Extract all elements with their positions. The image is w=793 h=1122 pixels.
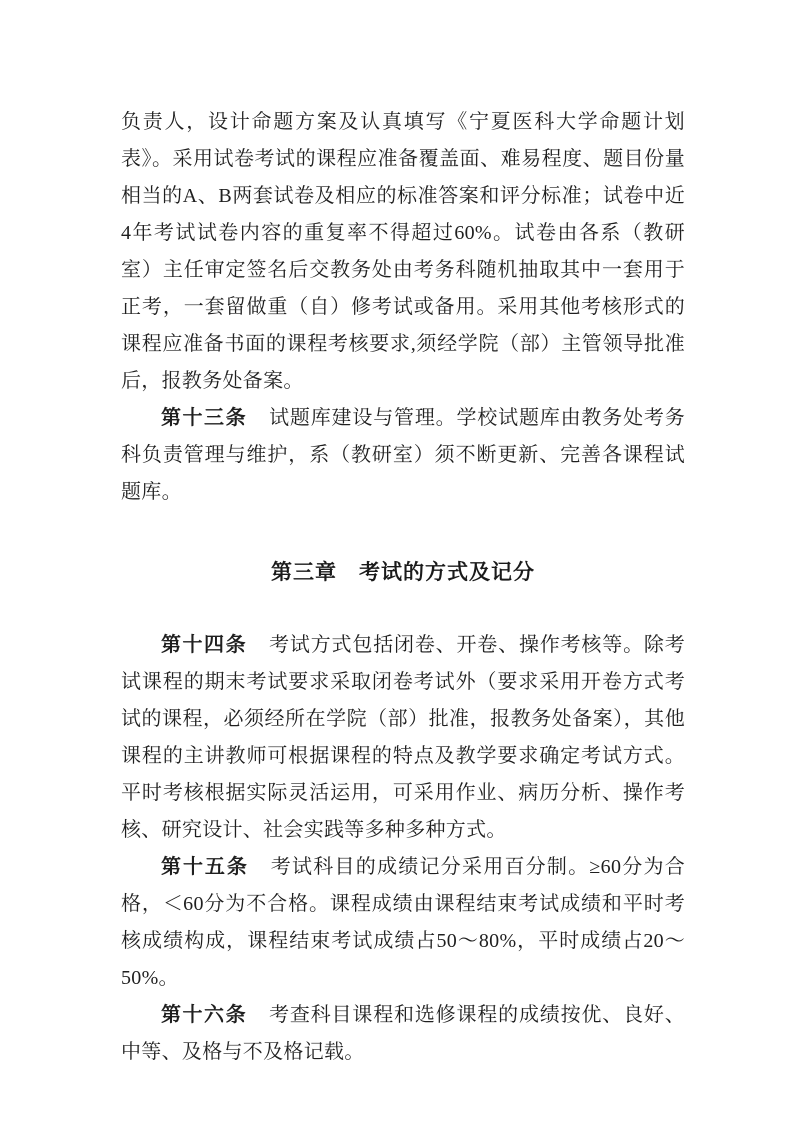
paragraph-exam-paper-requirements: 负责人，设计命题方案及认真填写《宁夏医科大学命题计划表》。采用试卷考试的课程应准… [121,104,685,400]
article-15-term: 第十五条 [161,856,249,878]
paragraph-article-13: 第十三条试题库建设与管理。学校试题库由教务处考务科负责管理与维护，系（教研室）须… [121,400,685,511]
paragraph-article-15: 第十五条考试科目的成绩记分采用百分制。≥60分为合格，＜60分为不合格。课程成绩… [121,849,685,997]
article-14-text: 考试方式包括闭卷、开卷、操作考核等。除考试课程的期末考试要求采取闭卷考试外（要求… [121,634,685,841]
page-content: 负责人，设计命题方案及认真填写《宁夏医科大学命题计划表》。采用试卷考试的课程应准… [0,0,793,1071]
article-13-term: 第十三条 [161,407,247,429]
paragraph-article-16: 第十六条考查科目课程和选修课程的成绩按优、良好、中等、及格与不及格记载。 [121,997,685,1071]
article-14-term: 第十四条 [161,634,247,656]
article-16-term: 第十六条 [161,1004,247,1026]
chapter-3-heading: 第三章 考试的方式及记分 [121,554,685,591]
paragraph-article-14: 第十四条考试方式包括闭卷、开卷、操作考核等。除考试课程的期末考试要求采取闭卷考试… [121,627,685,849]
paragraph-text: 负责人，设计命题方案及认真填写《宁夏医科大学命题计划表》。采用试卷考试的课程应准… [121,111,685,392]
document-page: 负责人，设计命题方案及认真填写《宁夏医科大学命题计划表》。采用试卷考试的课程应准… [0,0,793,1122]
